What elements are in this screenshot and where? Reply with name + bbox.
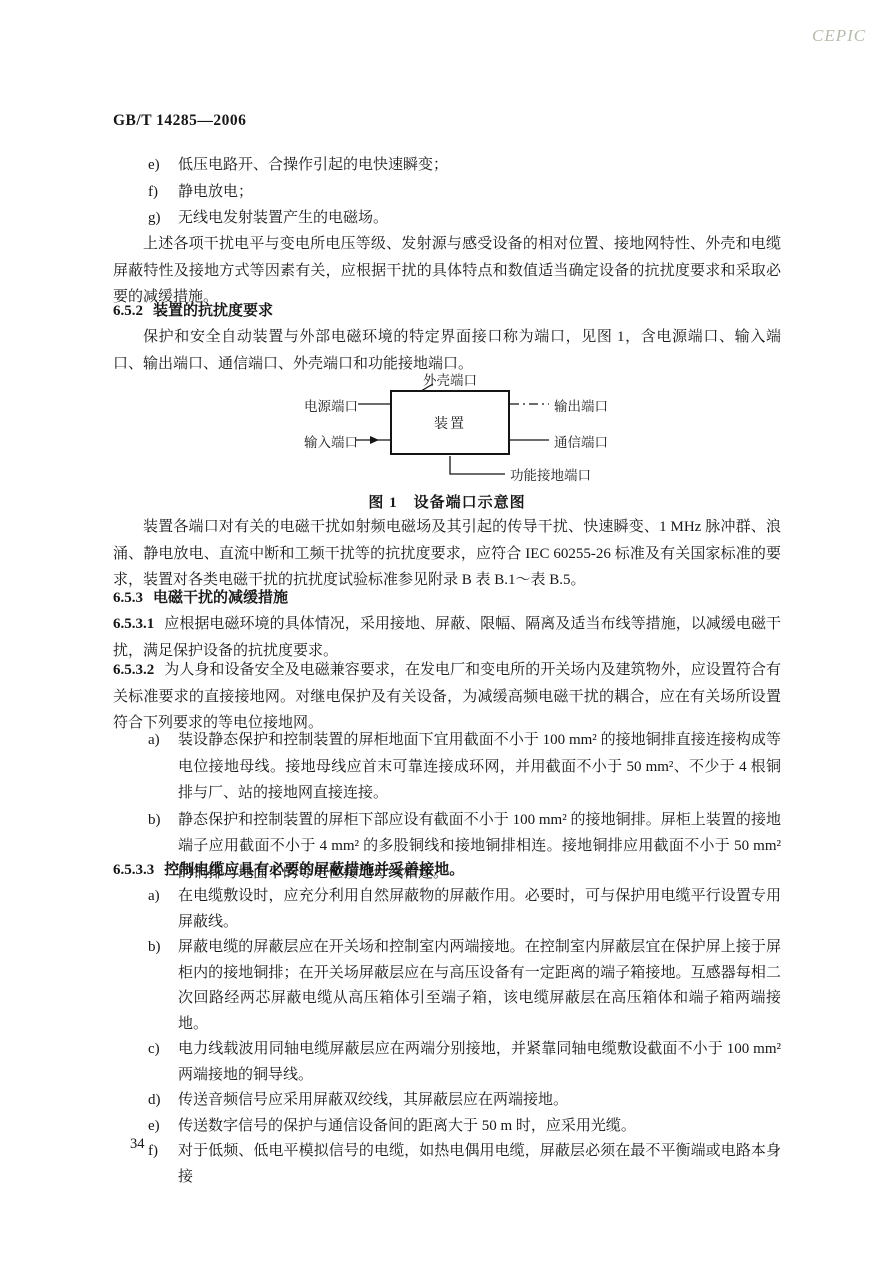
list-item-text: 传送数字信号的保护与通信设备间的距离大于 50 m 时，应采用光缆。 <box>178 1114 781 1140</box>
section-number: 6.5.3 <box>113 590 143 606</box>
clause-number: 6.5.3.2 <box>113 662 154 678</box>
figure-caption: 图 1 设备端口示意图 <box>113 491 781 512</box>
section-heading-652: 6.5.2装置的抗扰度要求 <box>113 299 273 320</box>
device-port-diagram: 装置 外壳端口 电源端口 输入端口 输出端口 通信端口 功能接地端口 <box>300 368 665 493</box>
list-item-text: 传送音频信号应采用屏蔽双绞线，其屏蔽层应在两端接地。 <box>178 1088 781 1114</box>
functional-ground-port-label: 功能接地端口 <box>510 464 591 484</box>
input-port-label: 输入端口 <box>304 431 358 451</box>
list-item-text: 电力线载波用同轴电缆屏蔽层应在两端分别接地，并紧靠同轴电缆敷设截面不小于 100… <box>178 1037 781 1088</box>
list-item-text: 对于低频、低电平模拟信号的电缆，如热电偶用电缆，屏蔽层必须在最不平衡端或电路本身… <box>178 1139 781 1190</box>
list-item-label: b) <box>148 935 178 1037</box>
list-item-label: f) <box>148 1139 178 1190</box>
section-heading-653: 6.5.3电磁干扰的减缓措施 <box>113 586 288 607</box>
list-item-label: a) <box>148 884 178 935</box>
list-item-label: f) <box>148 179 178 206</box>
list-item: g) 无线电发射装置产生的电磁场。 <box>148 205 781 232</box>
list-item-text: 静电放电； <box>178 179 781 206</box>
section-number: 6.5.3.3 <box>113 862 154 878</box>
list-item: e) 低压电路开、合操作引起的电快速瞬变； <box>148 152 781 179</box>
interference-source-list: e) 低压电路开、合操作引起的电快速瞬变； f) 静电放电； g) 无线电发射装… <box>148 152 781 232</box>
list-item-label: g) <box>148 205 178 232</box>
section-heading-6533: 6.5.3.3控制电缆应具有必要的屏蔽措施并妥善接地。 <box>113 858 464 879</box>
page-number: 34 <box>130 1136 145 1153</box>
list-item: d) 传送音频信号应采用屏蔽双绞线，其屏蔽层应在两端接地。 <box>148 1088 781 1114</box>
ports-immunity-paragraph: 装置各端口对有关的电磁干扰如射频电磁场及其引起的传导干扰、快速瞬变、1 MHz … <box>113 514 781 594</box>
list-item-text: 无线电发射装置产生的电磁场。 <box>178 205 781 232</box>
clause-6532: 6.5.3.2为人身和设备安全及电磁兼容要求，在发电厂和变电所的开关场内及建筑物… <box>113 657 781 737</box>
list-item-label: e) <box>148 152 178 179</box>
comm-port-label: 通信端口 <box>554 431 608 451</box>
section-number: 6.5.2 <box>113 303 143 319</box>
list-item: c) 电力线载波用同轴电缆屏蔽层应在两端分别接地，并紧靠同轴电缆敷设截面不小于 … <box>148 1037 781 1088</box>
enclosure-port-label: 外壳端口 <box>423 369 477 389</box>
list-item: e) 传送数字信号的保护与通信设备间的距离大于 50 m 时，应采用光缆。 <box>148 1114 781 1140</box>
list-item-text: 屏蔽电缆的屏蔽层应在开关场和控制室内两端接地。在控制室内屏蔽层宜在保护屏上接于屏… <box>178 935 781 1037</box>
section-title: 电磁干扰的减缓措施 <box>153 590 288 606</box>
list-item: f) 静电放电； <box>148 179 781 206</box>
list-item: a) 装设静态保护和控制装置的屏柜地面下宜用截面不小于 100 mm² 的接地铜… <box>148 727 781 807</box>
list-item: f) 对于低频、低电平模拟信号的电缆，如热电偶用电缆，屏蔽层必须在最不平衡端或电… <box>148 1139 781 1190</box>
cepic-logo: CEPIC <box>812 26 866 46</box>
list-item: b) 屏蔽电缆的屏蔽层应在开关场和控制室内两端接地。在控制室内屏蔽层宜在保护屏上… <box>148 935 781 1037</box>
list-item-label: a) <box>148 727 178 807</box>
list-item-text: 在电缆敷设时，应充分利用自然屏蔽物的屏蔽作用。必要时，可与保护用电缆平行设置专用… <box>178 884 781 935</box>
list-item-label: c) <box>148 1037 178 1088</box>
list-item-text: 装设静态保护和控制装置的屏柜地面下宜用截面不小于 100 mm² 的接地铜排直接… <box>178 727 781 807</box>
section-title: 装置的抗扰度要求 <box>153 303 273 319</box>
power-port-label: 电源端口 <box>304 395 358 415</box>
device-box: 装置 <box>390 390 510 455</box>
list-item: a) 在电缆敷设时，应充分利用自然屏蔽物的屏蔽作用。必要时，可与保护用电缆平行设… <box>148 884 781 935</box>
list-item-label: e) <box>148 1114 178 1140</box>
section-title: 控制电缆应具有必要的屏蔽措施并妥善接地。 <box>164 862 464 878</box>
output-port-label: 输出端口 <box>554 395 608 415</box>
cable-shielding-list: a) 在电缆敷设时，应充分利用自然屏蔽物的屏蔽作用。必要时，可与保护用电缆平行设… <box>148 884 781 1190</box>
list-item-label: d) <box>148 1088 178 1114</box>
clause-text: 应根据电磁环境的具体情况，采用接地、屏蔽、限幅、隔离及适当布线等措施，以减缓电磁… <box>113 616 781 659</box>
clause-text: 为人身和设备安全及电磁兼容要求，在发电厂和变电所的开关场内及建筑物外，应设置符合… <box>113 662 781 731</box>
clause-number: 6.5.3.1 <box>113 616 154 632</box>
document-number-header: GB/T 14285—2006 <box>113 112 246 130</box>
input-arrowhead <box>370 436 379 444</box>
list-item-text: 低压电路开、合操作引起的电快速瞬变； <box>178 152 781 179</box>
